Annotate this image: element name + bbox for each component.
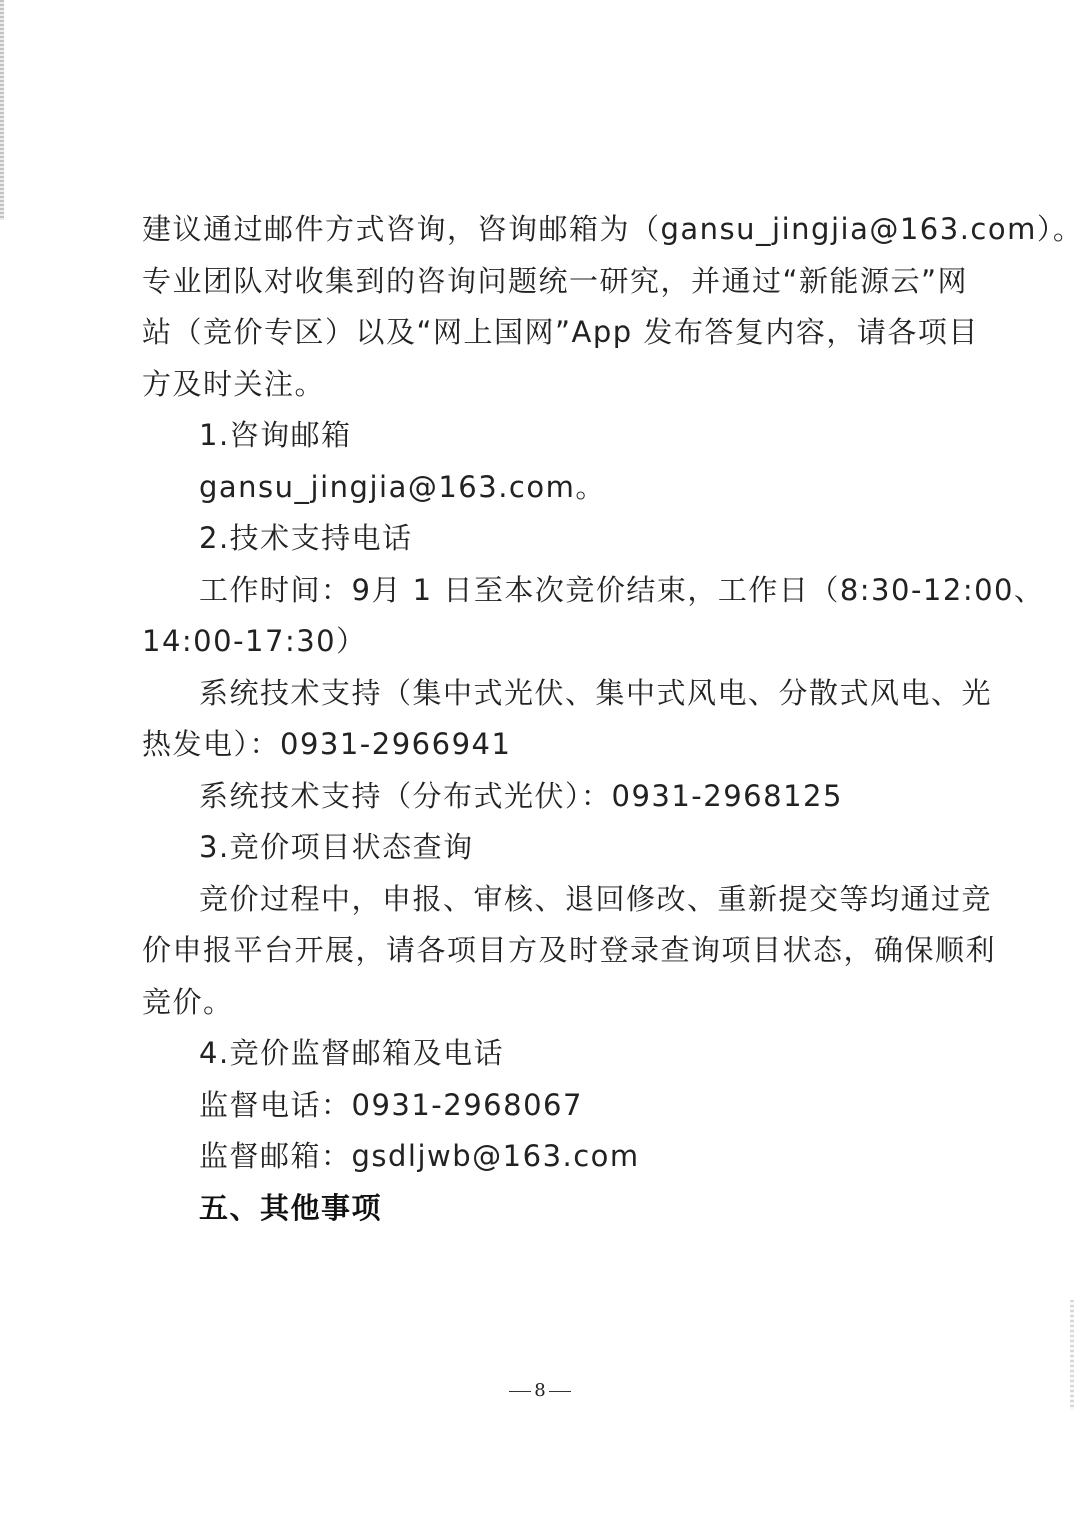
body-line: 方及时关注。 bbox=[142, 359, 942, 411]
body-line: 建议通过邮件方式咨询，咨询邮箱为（gansu_jingjia@163.com）。 bbox=[142, 204, 942, 256]
subheading-tech-support-phone: 2.技术支持电话 bbox=[142, 513, 942, 565]
subheading-status-query: 3.竞价项目状态查询 bbox=[142, 822, 942, 874]
body-line: 竞价。 bbox=[142, 977, 942, 1029]
tech-support-phone-value: 热发电）：0931-2966941 bbox=[142, 719, 942, 771]
scan-edge-artifact-left bbox=[0, 0, 4, 220]
tech-support-line: 系统技术支持（集中式光伏、集中式风电、分散式风电、光 bbox=[142, 668, 942, 720]
body-line: 竞价过程中，申报、审核、退回修改、重新提交等均通过竞 bbox=[142, 874, 942, 926]
distributed-pv-support-phone: 系统技术支持（分布式光伏）：0931-2968125 bbox=[142, 771, 942, 823]
supervision-email: 监督邮箱：gsdljwb@163.com bbox=[142, 1131, 942, 1183]
body-line: 专业团队对收集到的咨询问题统一研究，并通过“新能源云”网 bbox=[142, 256, 942, 308]
working-hours-line: 工作时间：9月 1 日至本次竞价结束，工作日（8:30-12:00、 bbox=[142, 565, 942, 617]
section-heading-other-matters: 五、其他事项 bbox=[142, 1183, 942, 1235]
document-page: 建议通过邮件方式咨询，咨询邮箱为（gansu_jingjia@163.com）。… bbox=[142, 204, 942, 1234]
page-number: 8 bbox=[534, 1380, 545, 1401]
subheading-consult-email: 1.咨询邮箱 bbox=[142, 410, 942, 462]
subheading-supervision: 4.竞价监督邮箱及电话 bbox=[142, 1028, 942, 1080]
body-line: 价申报平台开展，请各项目方及时登录查询项目状态，确保顺利 bbox=[142, 925, 942, 977]
supervision-phone: 监督电话：0931-2968067 bbox=[142, 1080, 942, 1132]
body-line: 站（竞价专区）以及“网上国网”App 发布答复内容，请各项目 bbox=[142, 307, 942, 359]
dash-decoration bbox=[509, 1391, 531, 1392]
working-hours-line: 14:00-17:30） bbox=[142, 616, 942, 668]
page-number-footer: 8 bbox=[0, 1380, 1080, 1401]
consult-email-value: gansu_jingjia@163.com。 bbox=[142, 462, 942, 514]
dash-decoration bbox=[549, 1391, 571, 1392]
